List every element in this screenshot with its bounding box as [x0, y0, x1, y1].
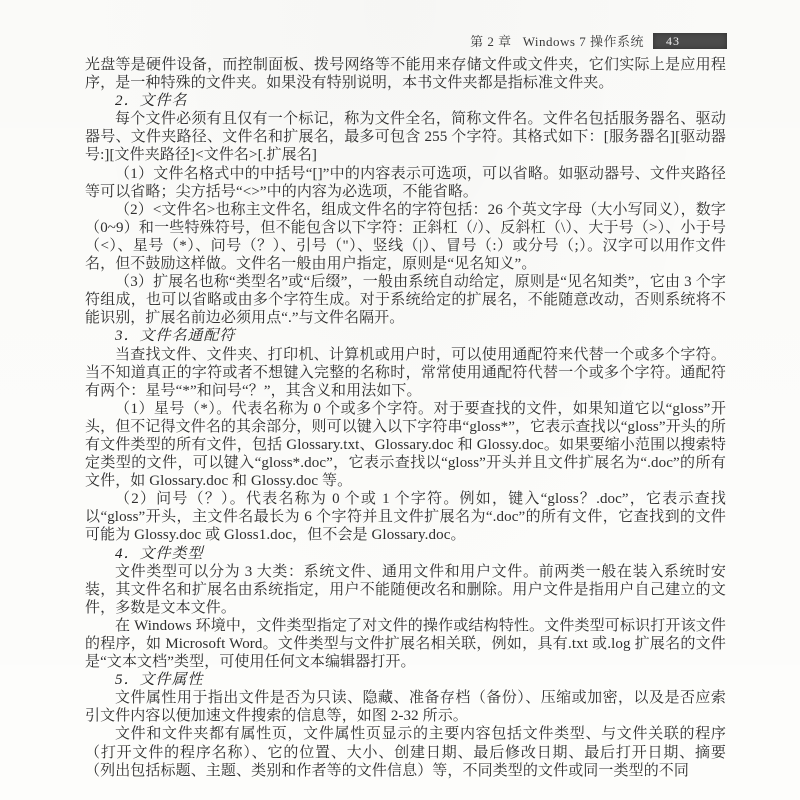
paragraph-filetype-categories: 文件类型可以分为 3 大类：系统文件、通用文件和用户文件。前两类一般在装入系统时… [85, 563, 726, 617]
paragraph-filename-characters: （2）<文件名>也称主文件名，组成文件名的字符包括：26 个英文字母（大小写同义… [85, 201, 726, 273]
section-heading-filename: 2．文件名 [85, 92, 726, 110]
section-heading-filetypes: 4．文件类型 [85, 545, 726, 563]
paragraph-filename-format: 每个文件必须有且仅有一个标记，称为文件全名，简称文件名。文件名包括服务器名、驱动… [85, 110, 726, 164]
paragraph-intro-continued: 光盘等是硬件设备，而控制面板、拨号网络等不能用来存储文件或文件夹，它们实际上是应… [85, 56, 726, 92]
paragraph-attributes-intro: 文件属性用于指出文件是否为只读、隐藏、准备存档（备份）、压缩或加密，以及是否应索… [85, 689, 726, 725]
page-header: 第 2 章 Windows 7 操作系统 43 [470, 31, 727, 50]
paragraph-question-wildcard: （2）问号（？）。代表名称为 0 个或 1 个字符。例如，键入“gloss？.d… [85, 490, 726, 544]
paragraph-filetype-windows: 在 Windows 环境中，文件类型指定了对文件的操作或结构特性。文件类型可标识… [85, 617, 726, 671]
paragraph-brackets-optional: （1）文件名格式中的中括号“[]”中的内容表示可选项，可以省略。如驱动器号、文件… [85, 165, 726, 201]
book-title: Windows 7 操作系统 [523, 31, 644, 50]
page-body: 光盘等是硬件设备，而控制面板、拨号网络等不能用来存储文件或文件夹，它们实际上是应… [85, 56, 726, 780]
section-heading-wildcards: 3．文件名通配符 [85, 327, 726, 345]
paragraph-wildcards-intro: 当查找文件、文件夹、打印机、计算机或用户时，可以使用通配符来代替一个或多个字符。… [85, 346, 726, 400]
paragraph-asterisk-wildcard: （1）星号（*）。代表名称为 0 个或多个字符。对于要查找的文件，如果知道它以“… [85, 400, 726, 490]
section-heading-attributes: 5．文件属性 [85, 671, 726, 689]
paragraph-properties-page: 文件和文件夹都有属性页，文件属性页显示的主要内容包括文件类型、与文件关联的程序（… [85, 725, 726, 779]
book-page: 第 2 章 Windows 7 操作系统 43 光盘等是硬件设备，而控制面板、拨… [0, 0, 800, 800]
paragraph-extension-rules: （3）扩展名也称“类型名”或“后缀”，一般由系统自动给定，原则是“见名知类”，它… [85, 273, 726, 327]
chapter-label: 第 2 章 [470, 31, 512, 50]
page-number-badge: 43 [653, 33, 727, 49]
